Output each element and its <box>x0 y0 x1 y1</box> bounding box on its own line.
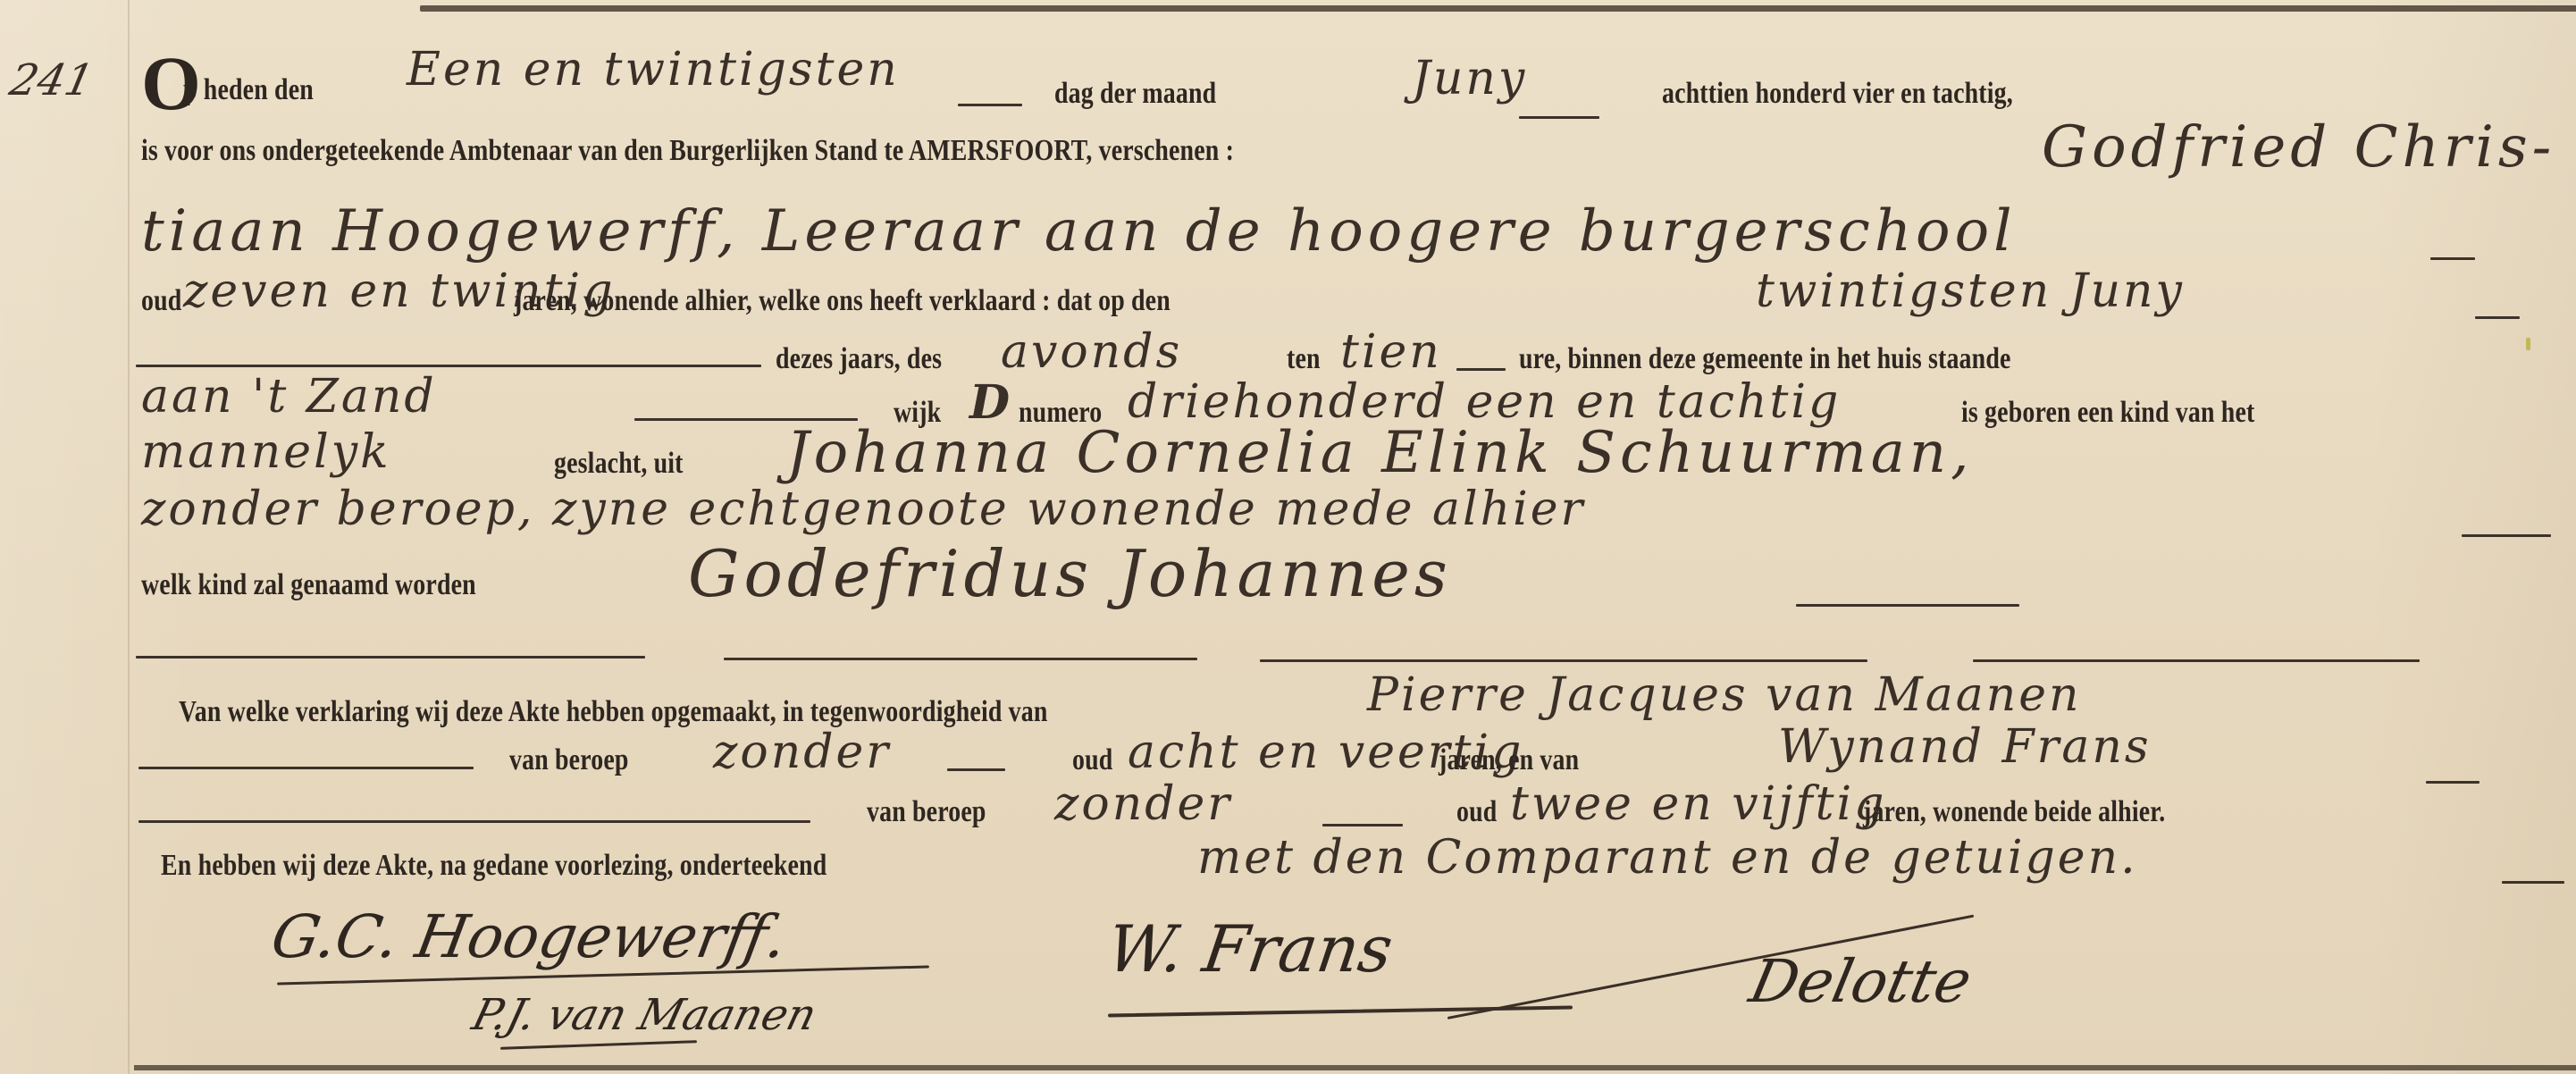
line-10-hand: Pierre Jacques van Maanen <box>1367 668 2082 722</box>
line-7-hand-b: Johanna Cornelia Elink Schuurman, <box>786 420 1973 486</box>
line-12-print-b: oud <box>1456 795 1506 829</box>
line-4-hand-b: twintigsten Juny <box>1756 264 2185 318</box>
hand-birth-date: twintigsten Juny <box>1756 264 2185 318</box>
print-text: achttien honderd vier en tachtig, <box>1662 77 2013 111</box>
print-text: dezes jaars, des <box>776 342 942 376</box>
line-1-hand-b: Juny <box>1412 52 1527 105</box>
bottom-rule <box>134 1065 2576 1070</box>
line-7: mannelyk <box>141 425 391 479</box>
line-5-print-b: ten <box>1287 342 1328 376</box>
hand-sex: mannelyk <box>141 425 391 479</box>
print-text: En hebben wij deze Akte, na gedane voorl… <box>161 849 827 883</box>
blank-line <box>138 759 474 776</box>
hand-closing-statement: met den Comparant en de getuigen. <box>1197 831 2138 885</box>
blank-line <box>1519 109 1599 125</box>
register-number: 241 <box>5 55 98 105</box>
line-8: zonder beroep, zyne echtgenoote wonende … <box>141 482 1585 536</box>
line-13: En hebben wij deze Akte, na gedane voorl… <box>161 849 973 883</box>
blank-line <box>1796 597 2019 613</box>
line-11-hand: zonder <box>713 726 891 779</box>
print-text: van beroep <box>867 795 986 829</box>
blank-line <box>2426 774 2480 790</box>
hand-month: Juny <box>1412 52 1527 105</box>
print-text: welk kind zal genaamd worden <box>141 568 476 602</box>
line-6: aan 't Zand <box>141 370 437 424</box>
line-5-hand: avonds <box>1001 325 1182 379</box>
print-text: oud <box>1072 743 1112 777</box>
blank-line <box>2475 309 2520 325</box>
line-2-hand: Godfried Chris- <box>2042 114 2555 180</box>
blank-line <box>2502 874 2564 890</box>
line-11-print-c: jaren, en van <box>1439 743 1610 777</box>
print-text: ten <box>1287 342 1321 376</box>
line-1-body: p heden den <box>183 73 342 107</box>
hand-comparant-name: Godfried Chris- <box>2042 114 2555 180</box>
line-9: welk kind zal genaamd worden <box>141 568 550 602</box>
line-12-hand-b: twee en vijftig <box>1510 777 1886 831</box>
signature-comparant: G.C. Hoogewerff. <box>266 902 792 971</box>
print-text: jaren, wonende alhier, welke ons heeft v… <box>514 284 1171 318</box>
hand-child-name: Godefridus Johannes <box>688 536 1452 611</box>
signature-witness-2: W. Frans <box>1103 911 1397 986</box>
blank-line <box>2462 527 2551 543</box>
line-12-print-c: jaren, wonende beide alhier. <box>1863 795 2232 829</box>
print-text: dag der maand <box>1054 77 1216 111</box>
line-5: dezes jaars, des <box>776 342 978 376</box>
hand-witness-1: Pierre Jacques van Maanen <box>1367 668 2082 722</box>
line-4-print-b: jaren, wonende alhier, welke ons heeft v… <box>514 284 1314 318</box>
line-10: Van welke verklaring wij deze Akte hebbe… <box>179 695 1238 729</box>
blank-line <box>2430 250 2475 266</box>
blank-line <box>136 649 645 665</box>
print-text: jaren, wonende beide alhier. <box>1863 795 2165 829</box>
hand-mother-name: Johanna Cornelia Elink Schuurman, <box>786 420 1973 486</box>
page-fold <box>128 0 130 1074</box>
top-rule <box>420 5 2576 12</box>
line-7-print: geslacht, uit <box>554 447 711 481</box>
print-text: is voor ons ondergeteekende Ambtenaar va… <box>141 134 1234 168</box>
line-5-print-c: ure, binnen deze gemeente in het huis st… <box>1519 342 2119 376</box>
hand-comparant-occupation: tiaan Hoogewerff, Leeraar aan de hoogere… <box>141 198 2017 264</box>
hand-time-of-day: avonds <box>1001 325 1182 379</box>
print-text: oud <box>1456 795 1497 829</box>
line-11-print-b: oud <box>1072 743 1121 777</box>
blank-line <box>138 813 810 829</box>
print-text: jaren, en van <box>1439 743 1579 777</box>
signature-ambtenaar: Delotte <box>1744 947 1977 1016</box>
print-text: p heden den <box>183 73 314 107</box>
hand-witness-2: Wynand Frans <box>1778 720 2152 774</box>
blank-line <box>958 96 1022 113</box>
line-12: van beroep <box>867 795 1012 829</box>
line-1-hand: Een en twintigsten <box>407 43 900 96</box>
hand-witness-2-age: twee en vijftig <box>1510 777 1886 831</box>
blank-line <box>724 650 1197 667</box>
print-text: oud <box>141 284 181 318</box>
line-1-print-b: dag der maand <box>1054 77 1252 111</box>
hand-witness-2-occupation: zonder <box>1054 777 1232 831</box>
hand-witness-1-occupation: zonder <box>713 726 891 779</box>
line-3: tiaan Hoogewerff, Leeraar aan de hoogere… <box>141 198 2017 264</box>
line-11-hand-c: Wynand Frans <box>1778 720 2152 774</box>
line-9-hand: Godefridus Johannes <box>688 536 1452 611</box>
print-text: ure, binnen deze gemeente in het huis st… <box>1519 342 2011 376</box>
hand-hour: tien <box>1340 325 1442 379</box>
signature-witness-1: P.J. van Maanen <box>467 990 821 1040</box>
line-2: is voor ons ondergeteekende Ambtenaar va… <box>141 134 1474 168</box>
ink-spot <box>2526 338 2530 350</box>
blank-line <box>1260 652 1867 668</box>
print-text: van beroep <box>509 743 629 777</box>
line-1-print-c: achttien honderd vier en tachtig, <box>1662 77 2090 111</box>
blank-line <box>1973 652 2420 668</box>
line-11: van beroep <box>509 743 655 777</box>
line-12-hand: zonder <box>1054 777 1232 831</box>
line-5-hand-b: tien <box>1340 325 1442 379</box>
line-13-hand: met den Comparant en de getuigen. <box>1197 831 2138 885</box>
hand-street: aan 't Zand <box>141 370 437 424</box>
line-6-print-c: is geboren een kind van het <box>1961 396 2320 430</box>
print-text: is geboren een kind van het <box>1961 396 2254 430</box>
print-text: Van welke verklaring wij deze Akte hebbe… <box>179 695 1048 729</box>
blank-line <box>947 761 1005 777</box>
print-text: geslacht, uit <box>554 447 684 481</box>
hand-day: Een en twintigsten <box>407 43 900 96</box>
hand-mother-details: zonder beroep, zyne echtgenoote wonende … <box>141 482 1585 536</box>
